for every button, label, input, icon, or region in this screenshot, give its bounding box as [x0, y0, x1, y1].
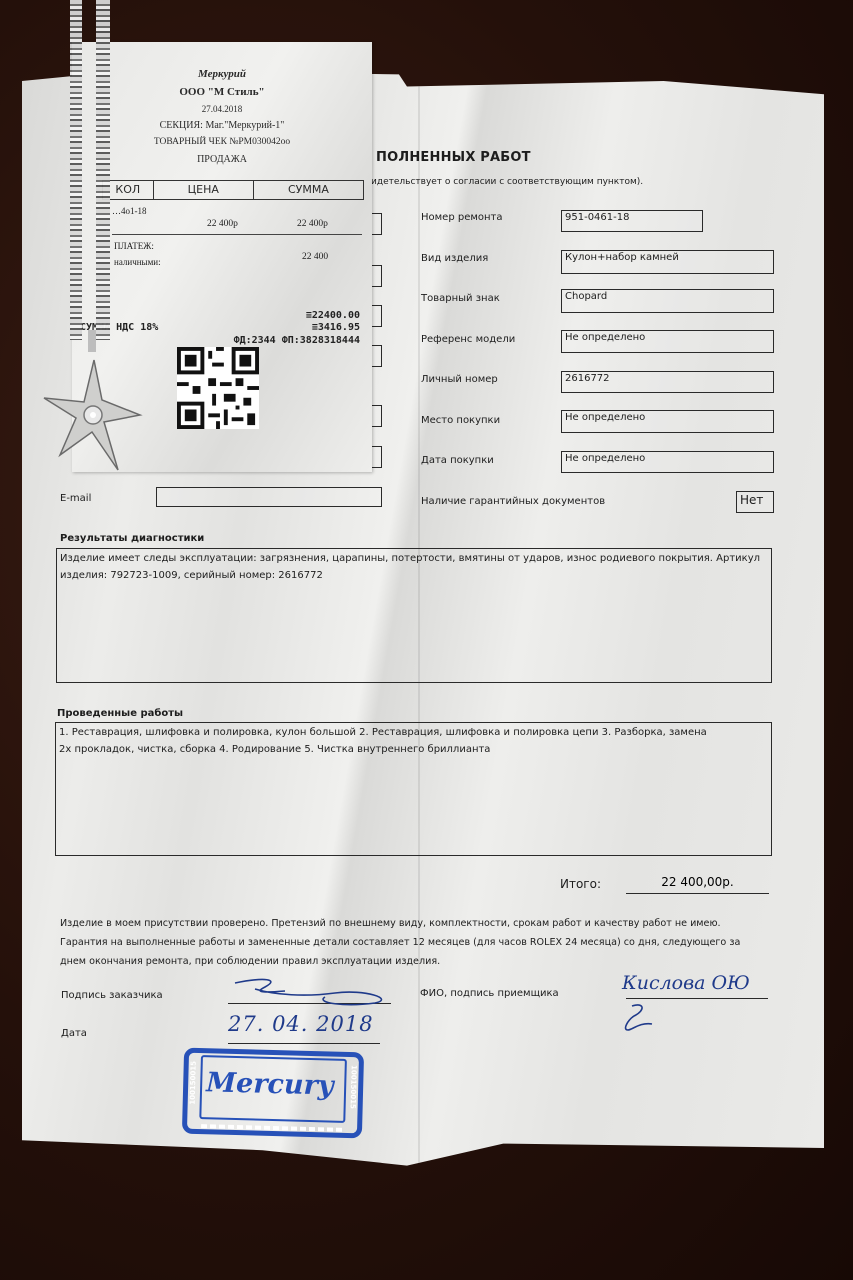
column-price: ЦЕНА — [154, 181, 254, 199]
column-sum: СУММА — [254, 181, 363, 199]
field-label: Личный номер — [421, 374, 498, 385]
receiver-handwritten-name: Кислова ОЮ — [622, 972, 750, 994]
receipt-payment-value: 22 400 — [302, 252, 328, 262]
receipt-sum: 22 400р — [297, 219, 328, 229]
receipt-vat-value: ≡3416.95 — [312, 322, 360, 333]
date-label: Дата — [61, 1028, 87, 1039]
field-label: Референс модели — [421, 334, 515, 345]
field-label: Товарный знак — [421, 293, 500, 304]
stamp-number-left: 100150015 — [189, 1061, 198, 1105]
purchase-place-value: Не определено — [561, 410, 774, 433]
receipt-store: Меркурий — [72, 68, 372, 80]
receiver-line — [626, 998, 768, 999]
receipt-payment-label: ПЛАТЕЖ: — [114, 241, 154, 251]
receiver-signature — [618, 1002, 658, 1036]
receiver-label: ФИО, подпись приемщика — [420, 988, 559, 999]
disclaimer-text: Изделие в моем присутствии проверено. Пр… — [60, 914, 760, 971]
diagnostics-heading: Результаты диагностики — [60, 533, 204, 544]
receipt-qr-code — [177, 347, 259, 429]
receipt-date: 27.04.2018 — [72, 104, 372, 114]
works-heading: Проведенные работы — [57, 708, 183, 719]
field-label: Наличие гарантийных документов — [421, 496, 605, 507]
receipt-check-number: ТОВАРНЫЙ ЧЕК №РМ030042оо — [72, 137, 372, 147]
field-label: E-mail — [60, 493, 91, 504]
personal-number-value: 2616772 — [561, 371, 774, 393]
receipt-price: 22 400р — [207, 219, 238, 229]
field-label: Номер ремонта — [421, 212, 503, 223]
repair-number-value: 951-0461-18 — [561, 210, 703, 232]
field-label: Дата покупки — [421, 455, 494, 466]
warranty-docs-value: Нет — [736, 491, 774, 513]
receipt-operation: ПРОДАЖА — [72, 154, 372, 165]
receipt-total: ≡22400.00 — [306, 310, 360, 321]
receipt-columns: КОЛ ЦЕНА СУММА — [102, 180, 364, 200]
receipt-payment-method: наличными: — [114, 257, 161, 267]
starfish-pendant — [40, 330, 145, 480]
customer-signature — [225, 975, 395, 1010]
field-label: Место покупки — [421, 415, 500, 426]
customer-signature-label: Подпись заказчика — [61, 990, 163, 1001]
receipt-fd-fp: ФД:2344 ФП:3828318444 — [234, 335, 360, 346]
receipt-item-code: …4о1-18 — [112, 206, 147, 216]
field-label: Вид изделия — [421, 253, 488, 264]
diagnostics-text: Изделие имеет следы эксплуатации: загряз… — [56, 548, 772, 683]
stamp-brand-text: Mercury — [206, 1067, 334, 1101]
total-value: 22 400,00р. — [626, 875, 769, 894]
column-qty: КОЛ — [103, 181, 154, 199]
purchase-date-value: Не определено — [561, 451, 774, 473]
mercury-stamp: Mercury 100150015 100150015 — [182, 1048, 364, 1139]
necklace-chain — [70, 0, 110, 340]
model-reference-value: Не определено — [561, 330, 774, 353]
receipt-section: СЕКЦИЯ: Маг."Меркурий-1" — [72, 120, 372, 131]
brand-value: Chopard — [561, 289, 774, 313]
document-title: ПОЛНЕННЫХ РАБОТ — [376, 150, 531, 165]
email-value — [156, 487, 382, 507]
item-type-value: Кулон+набор камней — [561, 250, 774, 274]
works-text: 1. Реставрация, шлифовка и полировка, ку… — [55, 722, 772, 856]
date-line — [228, 1043, 380, 1044]
document-subtitle: идетельствует о согласии с соответствующ… — [371, 177, 643, 187]
stamp-number-right: 100150015 — [349, 1065, 358, 1109]
receipt-company: ООО "М Стиль" — [72, 86, 372, 98]
total-label: Итого: — [560, 877, 601, 891]
handwritten-date: 27. 04. 2018 — [228, 1012, 374, 1036]
